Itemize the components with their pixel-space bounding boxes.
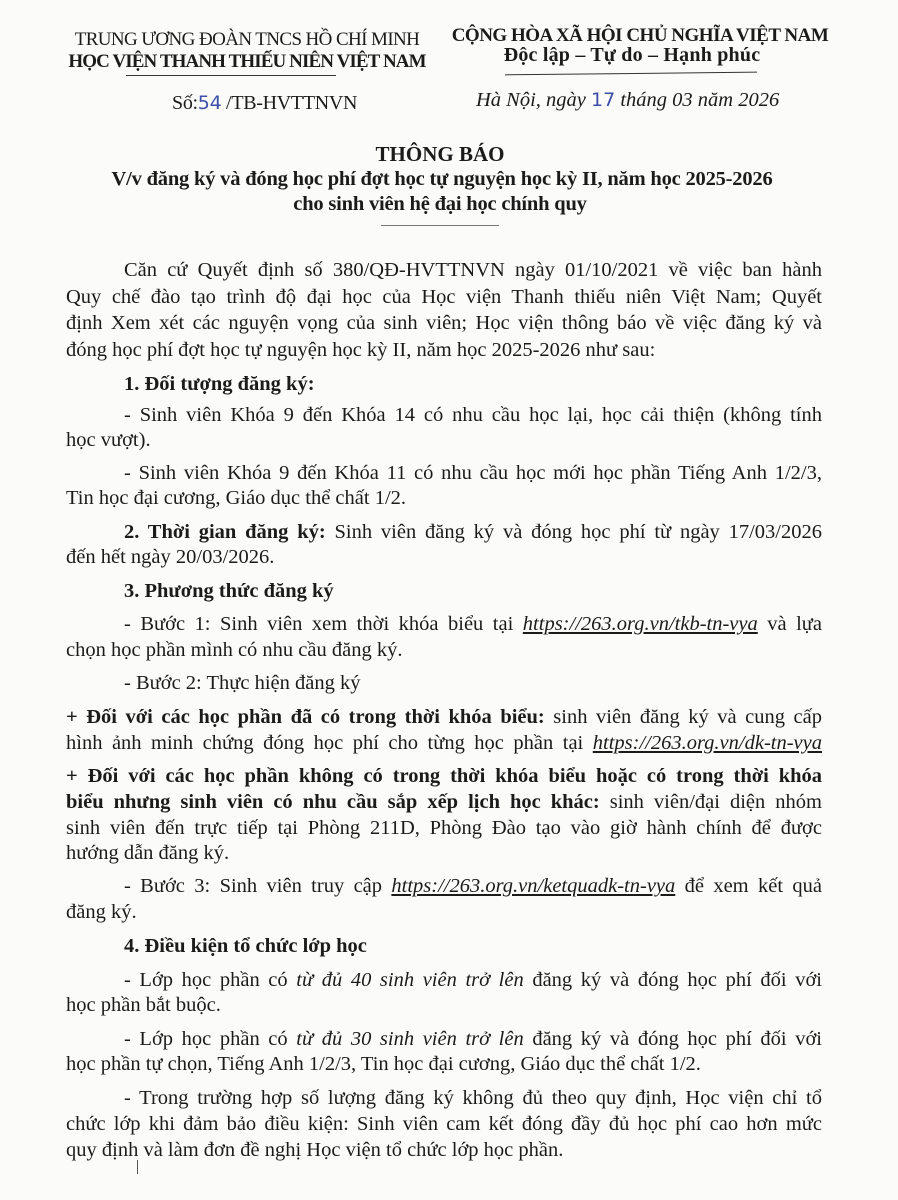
- target-item-line: - Sinh viên Khóa 9 đến Khóa 11 có nhu cầ…: [124, 461, 822, 485]
- step2-line: - Bước 2: Thực hiện đăng ký: [124, 671, 822, 695]
- document-title: THÔNG BÁO: [376, 144, 505, 165]
- title-underline: [381, 225, 499, 226]
- condition-text-end: đăng ký và đóng học phí đối với: [524, 969, 822, 991]
- case1-line: + Đối với các học phần đã có trong thời …: [66, 705, 822, 729]
- section-heading-period: 2. Thời gian đăng ký:: [124, 521, 326, 543]
- condition-text-end: đăng ký và đóng học phí đối với: [524, 1028, 822, 1050]
- condition-text: - Lớp học phần có: [124, 1028, 296, 1050]
- step1-line: - Bước 1: Sinh viên xem thời khóa biểu t…: [124, 612, 822, 636]
- step3-text: - Bước 3: Sinh viên truy cập: [124, 875, 391, 897]
- condition-line: - Lớp học phần có từ đủ 30 sinh viên trở…: [124, 1027, 822, 1051]
- step3-line: - Bước 3: Sinh viên truy cập https://263…: [124, 874, 822, 898]
- date-day-handwritten: 17: [591, 89, 615, 111]
- condition-line: - Lớp học phần có từ đủ 40 sinh viên trở…: [124, 968, 822, 992]
- agency-parent-name: TRUNG ƯƠNG ĐOÀN TNCS HỒ CHÍ MINH: [75, 30, 420, 49]
- case2-label: biểu nhưng sinh viên có nhu cầu sắp xếp …: [66, 791, 600, 813]
- step1-text: - Bước 1: Sinh viên xem thời khóa biểu t…: [124, 613, 523, 635]
- section-heading-target: 1. Đối tượng đăng ký:: [124, 372, 822, 396]
- case1-text: hình ảnh minh chứng đóng học phí cho từn…: [66, 732, 593, 754]
- document-subtitle-line1: V/v đăng ký và đóng học phí đợt học tự n…: [112, 169, 773, 190]
- registration-period-line: đến hết ngày 20/03/2026.: [66, 545, 822, 569]
- intro-line: định Xem xét các nguyện vọng của sinh vi…: [66, 311, 822, 335]
- case2-line: + Đối với các học phần không có trong th…: [66, 764, 822, 788]
- condition-threshold: từ đủ 30 sinh viên trở lên: [296, 1028, 523, 1050]
- date-suffix: tháng 03 năm 2026: [615, 89, 779, 111]
- document-subtitle-line2: cho sinh viên hệ đại học chính quy: [293, 194, 586, 215]
- case2-line: hướng dẫn đăng ký.: [66, 841, 822, 865]
- condition-line: học phần bắt buộc.: [66, 993, 822, 1017]
- document-number-label: Số:: [172, 92, 198, 114]
- intro-line: đóng học phí đợt học tự nguyện học kỳ II…: [66, 338, 822, 362]
- period-start: Sinh viên đăng ký và đóng học phí từ ngà…: [326, 521, 822, 543]
- country-name: CỘNG HÒA XÃ HỘI CHỦ NGHĨA VIỆT NAM: [452, 26, 829, 45]
- case1-label: + Đối với các học phần đã có trong thời …: [66, 706, 545, 728]
- case1-line: hình ảnh minh chứng đóng học phí cho từn…: [66, 731, 822, 755]
- document-number: Số:54 /TB-HVTTNVN: [172, 93, 357, 113]
- registration-link[interactable]: https://263.org.vn/dk-tn-vya: [593, 732, 822, 754]
- scan-artifact: [137, 1160, 138, 1174]
- condition-line: quy định và làm đơn đề nghị Học viện tổ …: [66, 1138, 822, 1162]
- agency-name: HỌC VIỆN THANH THIẾU NIÊN VIỆT NAM: [68, 52, 425, 71]
- condition-line: - Trong trường hợp số lượng đăng ký khôn…: [124, 1086, 822, 1110]
- national-motto: Độc lập – Tự do – Hạnh phúc: [504, 45, 761, 65]
- condition-threshold: từ đủ 40 sinh viên trở lên: [296, 969, 523, 991]
- condition-text: - Lớp học phần có: [124, 969, 296, 991]
- target-item-line: - Sinh viên Khóa 9 đến Khóa 14 có nhu cầ…: [124, 403, 822, 427]
- step3-text-end: để xem kết quả: [675, 875, 822, 897]
- case2-line: biểu nhưng sinh viên có nhu cầu sắp xếp …: [66, 790, 822, 814]
- condition-line: học phần tự chọn, Tiếng Anh 1/2/3, Tin h…: [66, 1052, 822, 1076]
- document-number-handwritten: 54: [198, 92, 222, 114]
- target-item-line: học vượt).: [66, 428, 822, 452]
- condition-line: chức lớp khi đảm bảo điều kiện: Sinh viê…: [66, 1112, 822, 1136]
- step1-text-end: và lựa: [758, 613, 822, 635]
- results-link[interactable]: https://263.org.vn/ketquadk-tn-vya: [391, 875, 675, 897]
- registration-period-line: 2. Thời gian đăng ký: Sinh viên đăng ký …: [124, 520, 822, 544]
- step3-line: đăng ký.: [66, 900, 822, 924]
- target-item-line: Tin học đại cương, Giáo dục thể chất 1/2…: [66, 486, 822, 510]
- case2-text: sinh viên/đại diện nhóm: [600, 791, 822, 813]
- step1-line: chọn học phần mình có nhu cầu đăng ký.: [66, 638, 822, 662]
- agency-underline: [126, 75, 336, 76]
- document-number-code: /TB-HVTTNVN: [221, 92, 357, 114]
- case2-line: sinh viên đến trực tiếp tại Phòng 211D, …: [66, 816, 822, 840]
- section-heading-method: 3. Phương thức đăng ký: [124, 579, 822, 603]
- timetable-link[interactable]: https://263.org.vn/tkb-tn-vya: [523, 613, 758, 635]
- intro-line: Căn cứ Quyết định số 380/QĐ-HVTTNVN ngày…: [124, 258, 822, 282]
- section-heading-conditions: 4. Điều kiện tổ chức lớp học: [124, 934, 822, 958]
- motto-underline: [505, 72, 757, 76]
- date-prefix: Hà Nội, ngày: [476, 89, 591, 111]
- intro-line: Quy chế đào tạo trình độ đại học của Học…: [66, 285, 822, 309]
- case1-text: sinh viên đăng ký và cung cấp: [545, 706, 822, 728]
- document-date: Hà Nội, ngày 17 tháng 03 năm 2026: [476, 90, 779, 111]
